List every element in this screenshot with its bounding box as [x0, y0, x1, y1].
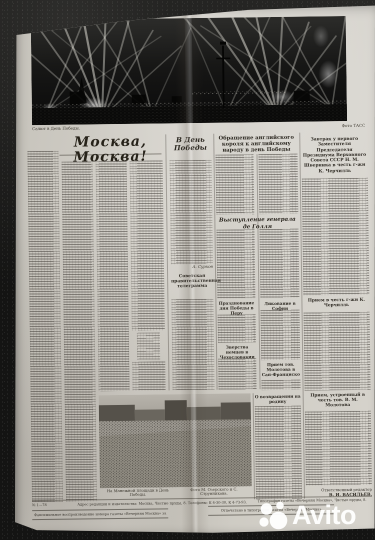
subhead-churchill: Прием в честь г-жи К. Черчилль [303, 298, 369, 309]
verse-block [137, 332, 160, 359]
subhead-rodina: О возвращении на родину [255, 394, 301, 405]
photo-background: Салют в День Победы. Фото ТАСС Москва, М… [0, 0, 375, 540]
article-text-column [96, 161, 130, 391]
article-text-column [305, 411, 372, 486]
headline-king-address: Обращение английского короля к английско… [215, 135, 297, 155]
salute-photo-caption: Салют в День Победы. [32, 126, 80, 131]
avito-watermark: Avito [258, 500, 356, 530]
crowd-photo-caption-left: На Манежной площади в День Победы. [102, 488, 174, 497]
subhead-molotov-sf: Прием тов. Молотова в Сан-Франциско [261, 362, 300, 378]
article-text-column [259, 229, 299, 299]
article-text-column [261, 380, 300, 391]
headline-shvernik: Завтрак у первого Заместителя Председате… [301, 137, 367, 175]
article-text-column [215, 154, 254, 214]
newspaper-page: Салют в День Победы. Фото ТАСС Москва, М… [15, 3, 375, 536]
article-text-column [258, 154, 298, 215]
facsimile-imprint-left: Факсимильное воспроизведение номера газе… [32, 508, 168, 520]
avito-wordmark: Avito [292, 500, 356, 530]
article-text-column [255, 406, 302, 500]
subhead-molotov-reception: Прием, устроенный в честь тов. В. М. Мол… [305, 393, 371, 409]
article-text-column [132, 361, 165, 390]
article-text-column [261, 310, 301, 361]
avito-logo-icon [258, 500, 289, 530]
issue-number: № 1—78 [32, 503, 64, 507]
article-text-column [130, 160, 165, 330]
crowd-photo-image [99, 393, 252, 488]
article-text-column [27, 151, 63, 502]
crowd-photo [99, 393, 252, 488]
article-text-column [218, 358, 256, 389]
article-text-column [304, 312, 371, 391]
article-text-column [62, 161, 97, 501]
article-text-column [216, 229, 255, 298]
article-text-column [218, 314, 256, 342]
newspaper-content: Салют в День Победы. Фото ТАСС Москва, М… [12, 1, 375, 539]
article-text-column [302, 178, 370, 296]
salute-photo-credit: Фото ТАСС [265, 124, 365, 130]
